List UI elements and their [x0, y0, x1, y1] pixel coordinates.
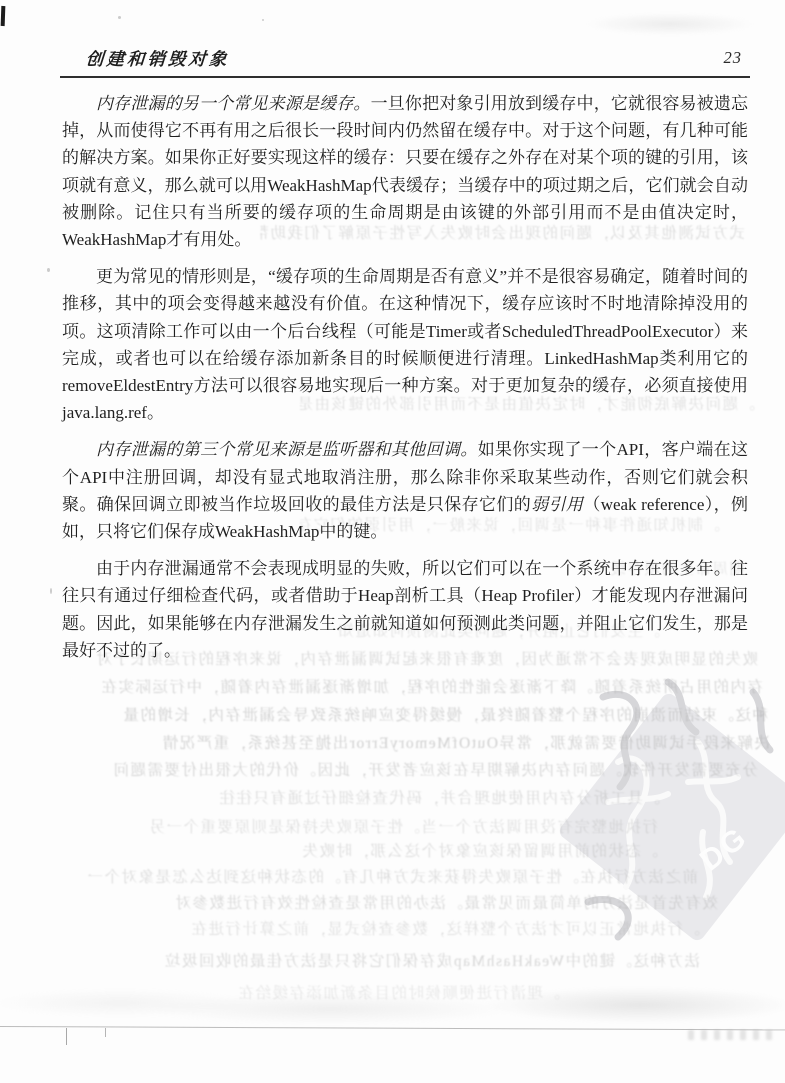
showthrough-line: 存内的用占所统系着随。降下渐逐会能性的序程，加增渐逐漏泄存内着随，中行运际实在	[58, 678, 763, 698]
showthrough-line: 。具工析分存内用使地理合并，码代查检细仔过通有只往往	[120, 789, 660, 809]
text-segment: 更为常见的情形则是，“缓存项的生命周期是否有意义”并不是很容易确定，随着时间的推…	[62, 267, 748, 422]
paragraph: 更为常见的情形则是，“缓存项的生命周期是否有意义”并不是很容易确定，随着时间的推…	[62, 263, 748, 426]
showthrough-line: 。行执地常正以可才法方个整样这，数参查检式显，前之算计行进在	[80, 920, 700, 940]
text-segment: 由于内存泄漏通常不会表现成明显的失败，所以它们可以在一个系统中存在很多年。往往只…	[62, 559, 748, 660]
showthrough-line: 种这。束结而溃崩的序程个整着随终最，慢缓得变应响统系致导会漏泄存内，长增的量	[58, 706, 768, 726]
paragraph: 由于内存泄漏通常不会表现成明显的失败，所以它们可以在一个系统中存在很多年。往往只…	[62, 555, 748, 664]
showthrough-line: 前之法方行执在。性子原败失得获来式方种几有。的态状种这到达么怎是象对个一	[58, 868, 698, 888]
showthrough-line: 。理清行进便顺候时的目条新加添存缓给在	[140, 984, 560, 1004]
body-text: 内存泄漏的另一个常见来源是缓存。一旦你把对象引用放到缓存中，它就很容易被遗忘掉，…	[62, 90, 748, 674]
showthrough-line: 法方种这。键的中WeakHashMap成存保们它将只是法方佳最的收回圾垃	[60, 952, 700, 972]
text-segment: 一旦你把对象引用放到缓存中，它就很容易被遗忘掉，从而使得它不再有用之后很长一段时…	[62, 94, 748, 249]
text-segment: 内存泄漏的第三个常见来源是监听器和其他回调。	[96, 440, 478, 459]
showthrough-line: 。态状的前用调留保该应象对个这么那，时败失	[58, 842, 658, 862]
book-page-scan: 创建和销毁对象 23 DG 式方试测他其及以，题问的现出会时败失入写性子原解了们…	[0, 0, 785, 1083]
showthrough-line: 效有先首是法方的单简最而见常最。法办的用常是查检性效有行进数参对	[58, 894, 718, 914]
paragraph: 内存泄漏的第三个常见来源是监听器和其他回调。如果你实现了一个API，客户端在这个…	[62, 436, 748, 545]
showthrough-line: 分充要需发开件软。题问存内决解期早在该应者发开，此因。价代的大很出付要需题问	[58, 761, 758, 781]
showthrough-line: 行执地整完有没用调法方个一当。性子原败失持保是则原要重个一另	[58, 818, 658, 838]
showthrough-line: 决解来段手试调助借要需就那，常异OutOfMemoryError出抛至甚统系，重…	[58, 734, 770, 754]
text-segment: 内存泄漏的另一个常见来源是缓存。	[96, 94, 371, 113]
paragraph: 内存泄漏的另一个常见来源是缓存。一旦你把对象引用放到缓存中，它就很容易被遗忘掉，…	[62, 90, 748, 253]
text-segment: 弱引用	[531, 495, 583, 514]
